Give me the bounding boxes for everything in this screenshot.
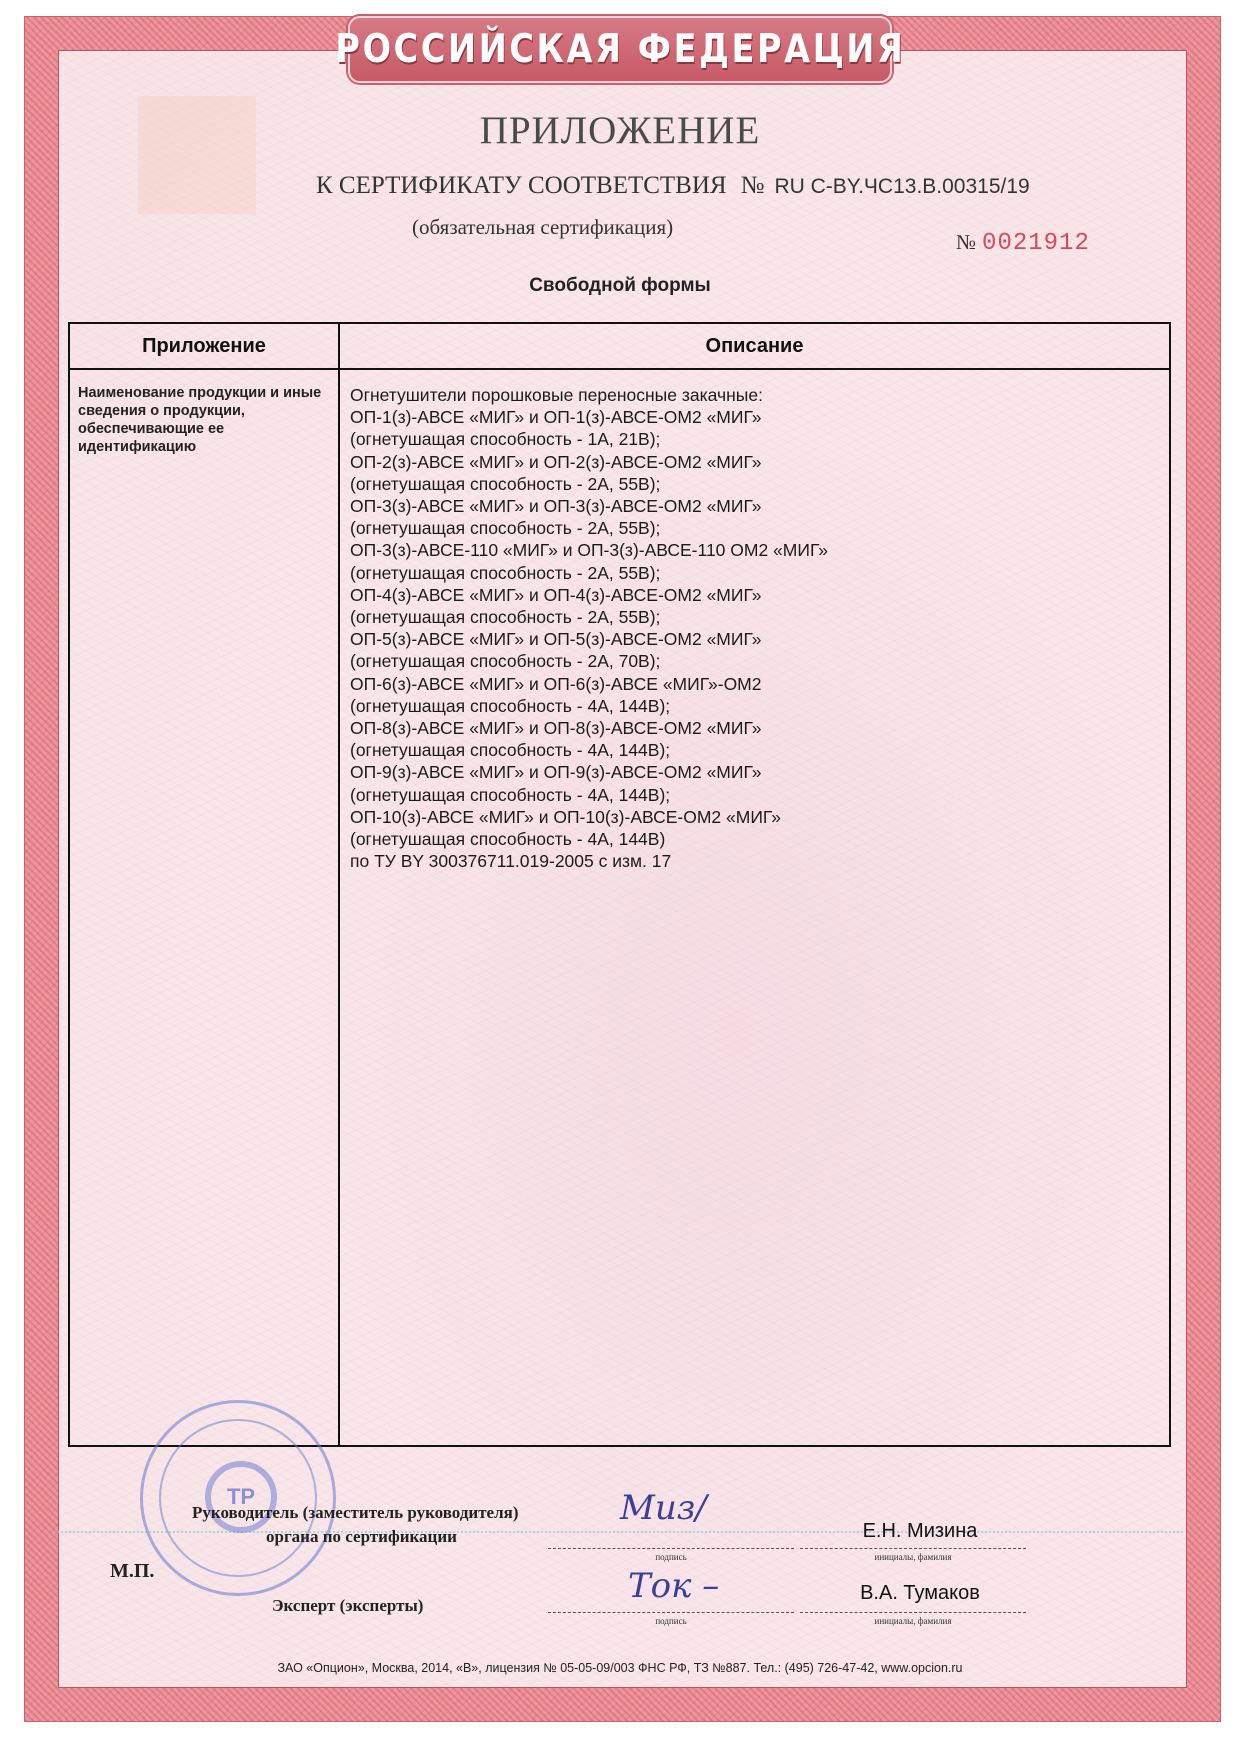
- description-line: (огнетушащая способность - 2А, 55В);: [350, 517, 1159, 539]
- description-line: ОП-5(з)-АВСЕ «МИГ» и ОП-5(з)-АВСЕ-ОМ2 «М…: [350, 628, 1159, 650]
- head-name: Е.Н. Мизина: [800, 1520, 1040, 1543]
- appendix-table: Приложение Описание Наименование продукц…: [68, 322, 1171, 1447]
- head-signature-hint: подпись: [548, 1552, 794, 1562]
- description-line: ОП-9(з)-АВСЕ «МИГ» и ОП-9(з)-АВСЕ-ОМ2 «М…: [350, 761, 1159, 783]
- head-signature: Миз/: [620, 1488, 707, 1528]
- head-label-line2: органа по сертификации: [266, 1527, 457, 1547]
- description-lines: Огнетушители порошковые переносные закач…: [350, 384, 1159, 872]
- head-signature-line: [548, 1548, 794, 1549]
- printer-footer: ЗАО «Опцион», Москва, 2014, «В», лицензи…: [0, 1661, 1240, 1675]
- banner-text: РОССИЙСКАЯ ФЕДЕРАЦИЯ: [335, 27, 905, 72]
- description-line: (огнетушащая способность - 4А, 144В);: [350, 695, 1159, 717]
- head-name-hint: инициалы, фамилия: [800, 1552, 1026, 1562]
- head-label-line1: Руководитель (заместитель руководителя): [192, 1503, 519, 1523]
- table-header-row: Приложение Описание: [69, 323, 1170, 369]
- expert-signature-line: [548, 1612, 794, 1613]
- row-label: Наименование продукции и иные сведения о…: [69, 369, 339, 1446]
- certificate-reference: К СЕРТИФИКАТУ СООТВЕТСТВИЯ№RU C-BY.ЧС13.…: [316, 172, 1030, 200]
- expert-signature-hint: подпись: [548, 1616, 794, 1626]
- column-header-description: Описание: [339, 323, 1170, 369]
- description-line: (огнетушащая способность - 2А, 55В);: [350, 606, 1159, 628]
- description-line: ОП-1(з)-АВСЕ «МИГ» и ОП-1(з)-АВСЕ-ОМ2 «М…: [350, 406, 1159, 428]
- description-line: Огнетушители порошковые переносные закач…: [350, 384, 1159, 406]
- expert-label: Эксперт (эксперты): [272, 1596, 423, 1616]
- round-seal-icon: ТР: [140, 1400, 336, 1596]
- description-line: ОП-3(з)-АВСЕ «МИГ» и ОП-3(з)-АВСЕ-ОМ2 «М…: [350, 495, 1159, 517]
- description-line: ОП-2(з)-АВСЕ «МИГ» и ОП-2(з)-АВСЕ-ОМ2 «М…: [350, 451, 1159, 473]
- document-title: ПРИЛОЖЕНИЕ: [0, 108, 1240, 153]
- certificate-number: RU C-BY.ЧС13.В.00315/19: [774, 175, 1029, 198]
- country-banner: РОССИЙСКАЯ ФЕДЕРАЦИЯ: [348, 16, 892, 83]
- serial-number: 0021912: [982, 230, 1090, 257]
- certification-type: (обязательная сертификация): [412, 215, 673, 240]
- column-header-appendix: Приложение: [69, 323, 339, 369]
- expert-name: В.А. Тумаков: [800, 1582, 1040, 1605]
- seal-label: М.П.: [110, 1560, 154, 1583]
- description-line: (огнетушащая способность - 4А, 144В);: [350, 784, 1159, 806]
- serial-number-block: №0021912: [956, 230, 1090, 257]
- expert-name-hint: инициалы, фамилия: [800, 1616, 1026, 1626]
- description-line: ОП-3(з)-АВСЕ-110 «МИГ» и ОП-3(з)-АВСЕ-11…: [350, 539, 1159, 561]
- head-name-line: [800, 1548, 1026, 1549]
- description-line: ОП-6(з)-АВСЕ «МИГ» и ОП-6(з)-АВСЕ «МИГ»-…: [350, 673, 1159, 695]
- description-line: (огнетушащая способность - 4А, 144В);: [350, 739, 1159, 761]
- description-line: ОП-10(з)-АВСЕ «МИГ» и ОП-10(з)-АВСЕ-ОМ2 …: [350, 806, 1159, 828]
- description-line: (огнетушащая способность - 4А, 144В): [350, 828, 1159, 850]
- description-line: ОП-8(з)-АВСЕ «МИГ» и ОП-8(з)-АВСЕ-ОМ2 «М…: [350, 717, 1159, 739]
- row-description: Огнетушители порошковые переносные закач…: [339, 369, 1170, 1446]
- expert-signature: Ток –: [628, 1566, 719, 1606]
- certificate-prefix: К СЕРТИФИКАТУ СООТВЕТСТВИЯ: [316, 172, 727, 199]
- form-note: Свободной формы: [0, 275, 1240, 297]
- description-line: ОП-4(з)-АВСЕ «МИГ» и ОП-4(з)-АВСЕ-ОМ2 «М…: [350, 584, 1159, 606]
- description-line: (огнетушащая способность - 1А, 21В);: [350, 428, 1159, 450]
- description-line: по ТУ BY 300376711.019-2005 с изм. 17: [350, 850, 1159, 872]
- description-line: (огнетушащая способность - 2А, 55В);: [350, 562, 1159, 584]
- number-sign: №: [741, 172, 765, 199]
- table-row: Наименование продукции и иные сведения о…: [69, 369, 1170, 1446]
- description-line: (огнетушащая способность - 2А, 55В);: [350, 473, 1159, 495]
- serial-label: №: [956, 230, 976, 254]
- expert-name-line: [800, 1612, 1026, 1613]
- description-line: (огнетушащая способность - 2А, 70В);: [350, 650, 1159, 672]
